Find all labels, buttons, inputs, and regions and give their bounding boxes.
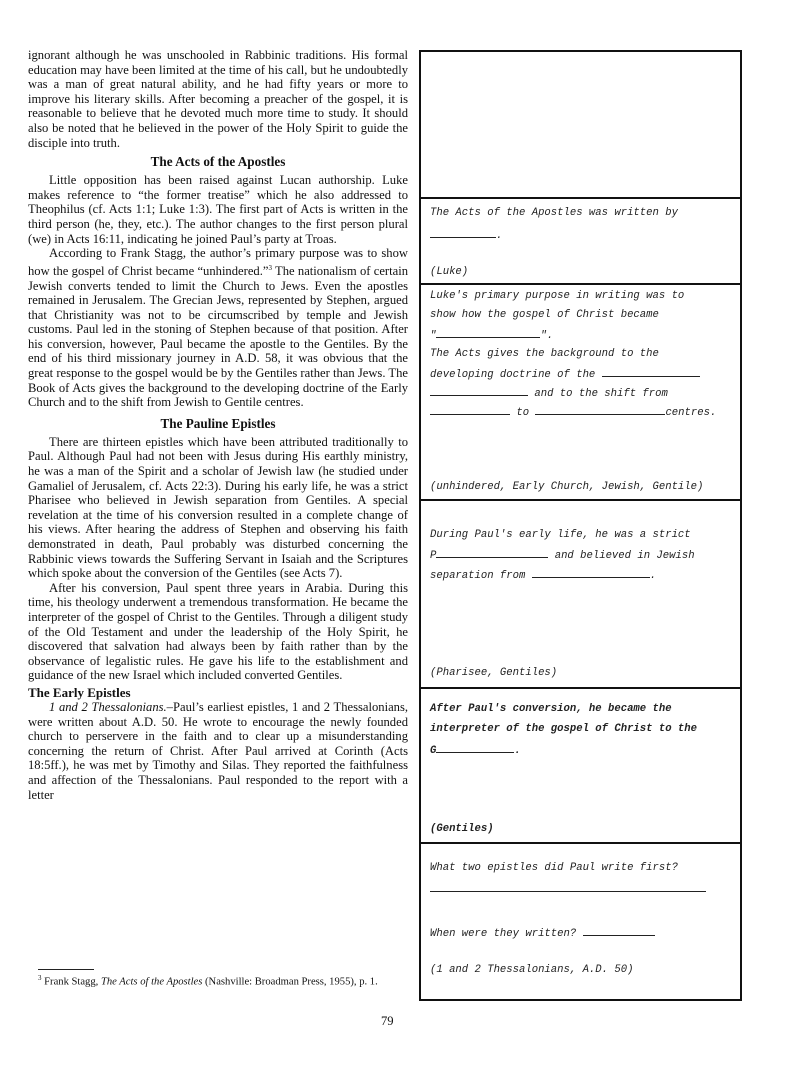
answer-key: (Pharisee, Gentiles) xyxy=(430,667,557,679)
footnote-divider xyxy=(38,969,94,970)
frame-empty xyxy=(421,52,740,199)
paragraph: Little opposition has been raised agains… xyxy=(28,173,408,246)
main-text-column: ignorant although he was unschooled in R… xyxy=(28,48,408,802)
answer-key: (1 and 2 Thessalonians, A.D. 50) xyxy=(430,964,633,976)
answer-blank[interactable] xyxy=(436,328,540,338)
paragraph: ignorant although he was unschooled in R… xyxy=(28,48,408,150)
paragraph: According to Frank Stagg, the author’s p… xyxy=(28,246,408,410)
answer-blank[interactable] xyxy=(535,405,665,415)
frame-3: During Paul's early life, he was a stric… xyxy=(421,501,740,689)
paragraph: There are thirteen epistles which have b… xyxy=(28,435,408,581)
answer-blank[interactable] xyxy=(430,882,706,892)
answer-blank[interactable] xyxy=(602,367,700,377)
answer-key: (Gentiles) xyxy=(430,823,494,835)
subsection-heading-early: The Early Epistles xyxy=(28,686,408,700)
frame-2: Luke's primary purpose in writing was to… xyxy=(421,285,740,501)
answer-blank[interactable] xyxy=(430,405,510,415)
page-number: 79 xyxy=(381,1014,394,1029)
answer-blank[interactable] xyxy=(532,568,650,578)
answer-blank[interactable] xyxy=(583,926,655,936)
answer-blank[interactable] xyxy=(430,228,496,238)
answer-blank[interactable] xyxy=(430,386,528,396)
answer-key: (unhindered, Early Church, Jewish, Genti… xyxy=(430,481,703,493)
section-heading-acts: The Acts of the Apostles xyxy=(28,154,408,169)
frame-1: The Acts of the Apostles was written by … xyxy=(421,199,740,285)
section-heading-pauline: The Pauline Epistles xyxy=(28,416,408,431)
frame-5: What two epistles did Paul write first? … xyxy=(421,844,740,999)
answer-blank[interactable] xyxy=(436,548,548,558)
programmed-learning-panel: The Acts of the Apostles was written by … xyxy=(419,50,742,1001)
answer-blank[interactable] xyxy=(436,743,514,753)
answer-key: (Luke) xyxy=(430,266,468,278)
footnote: 3 Frank Stagg, The Acts of the Apostles … xyxy=(28,972,390,989)
paragraph: After his conversion, Paul spent three y… xyxy=(28,581,408,683)
paragraph: 1 and 2 Thessalonians.–Paul’s earliest e… xyxy=(28,700,408,802)
frame-4: After Paul's conversion, he became the i… xyxy=(421,689,740,844)
